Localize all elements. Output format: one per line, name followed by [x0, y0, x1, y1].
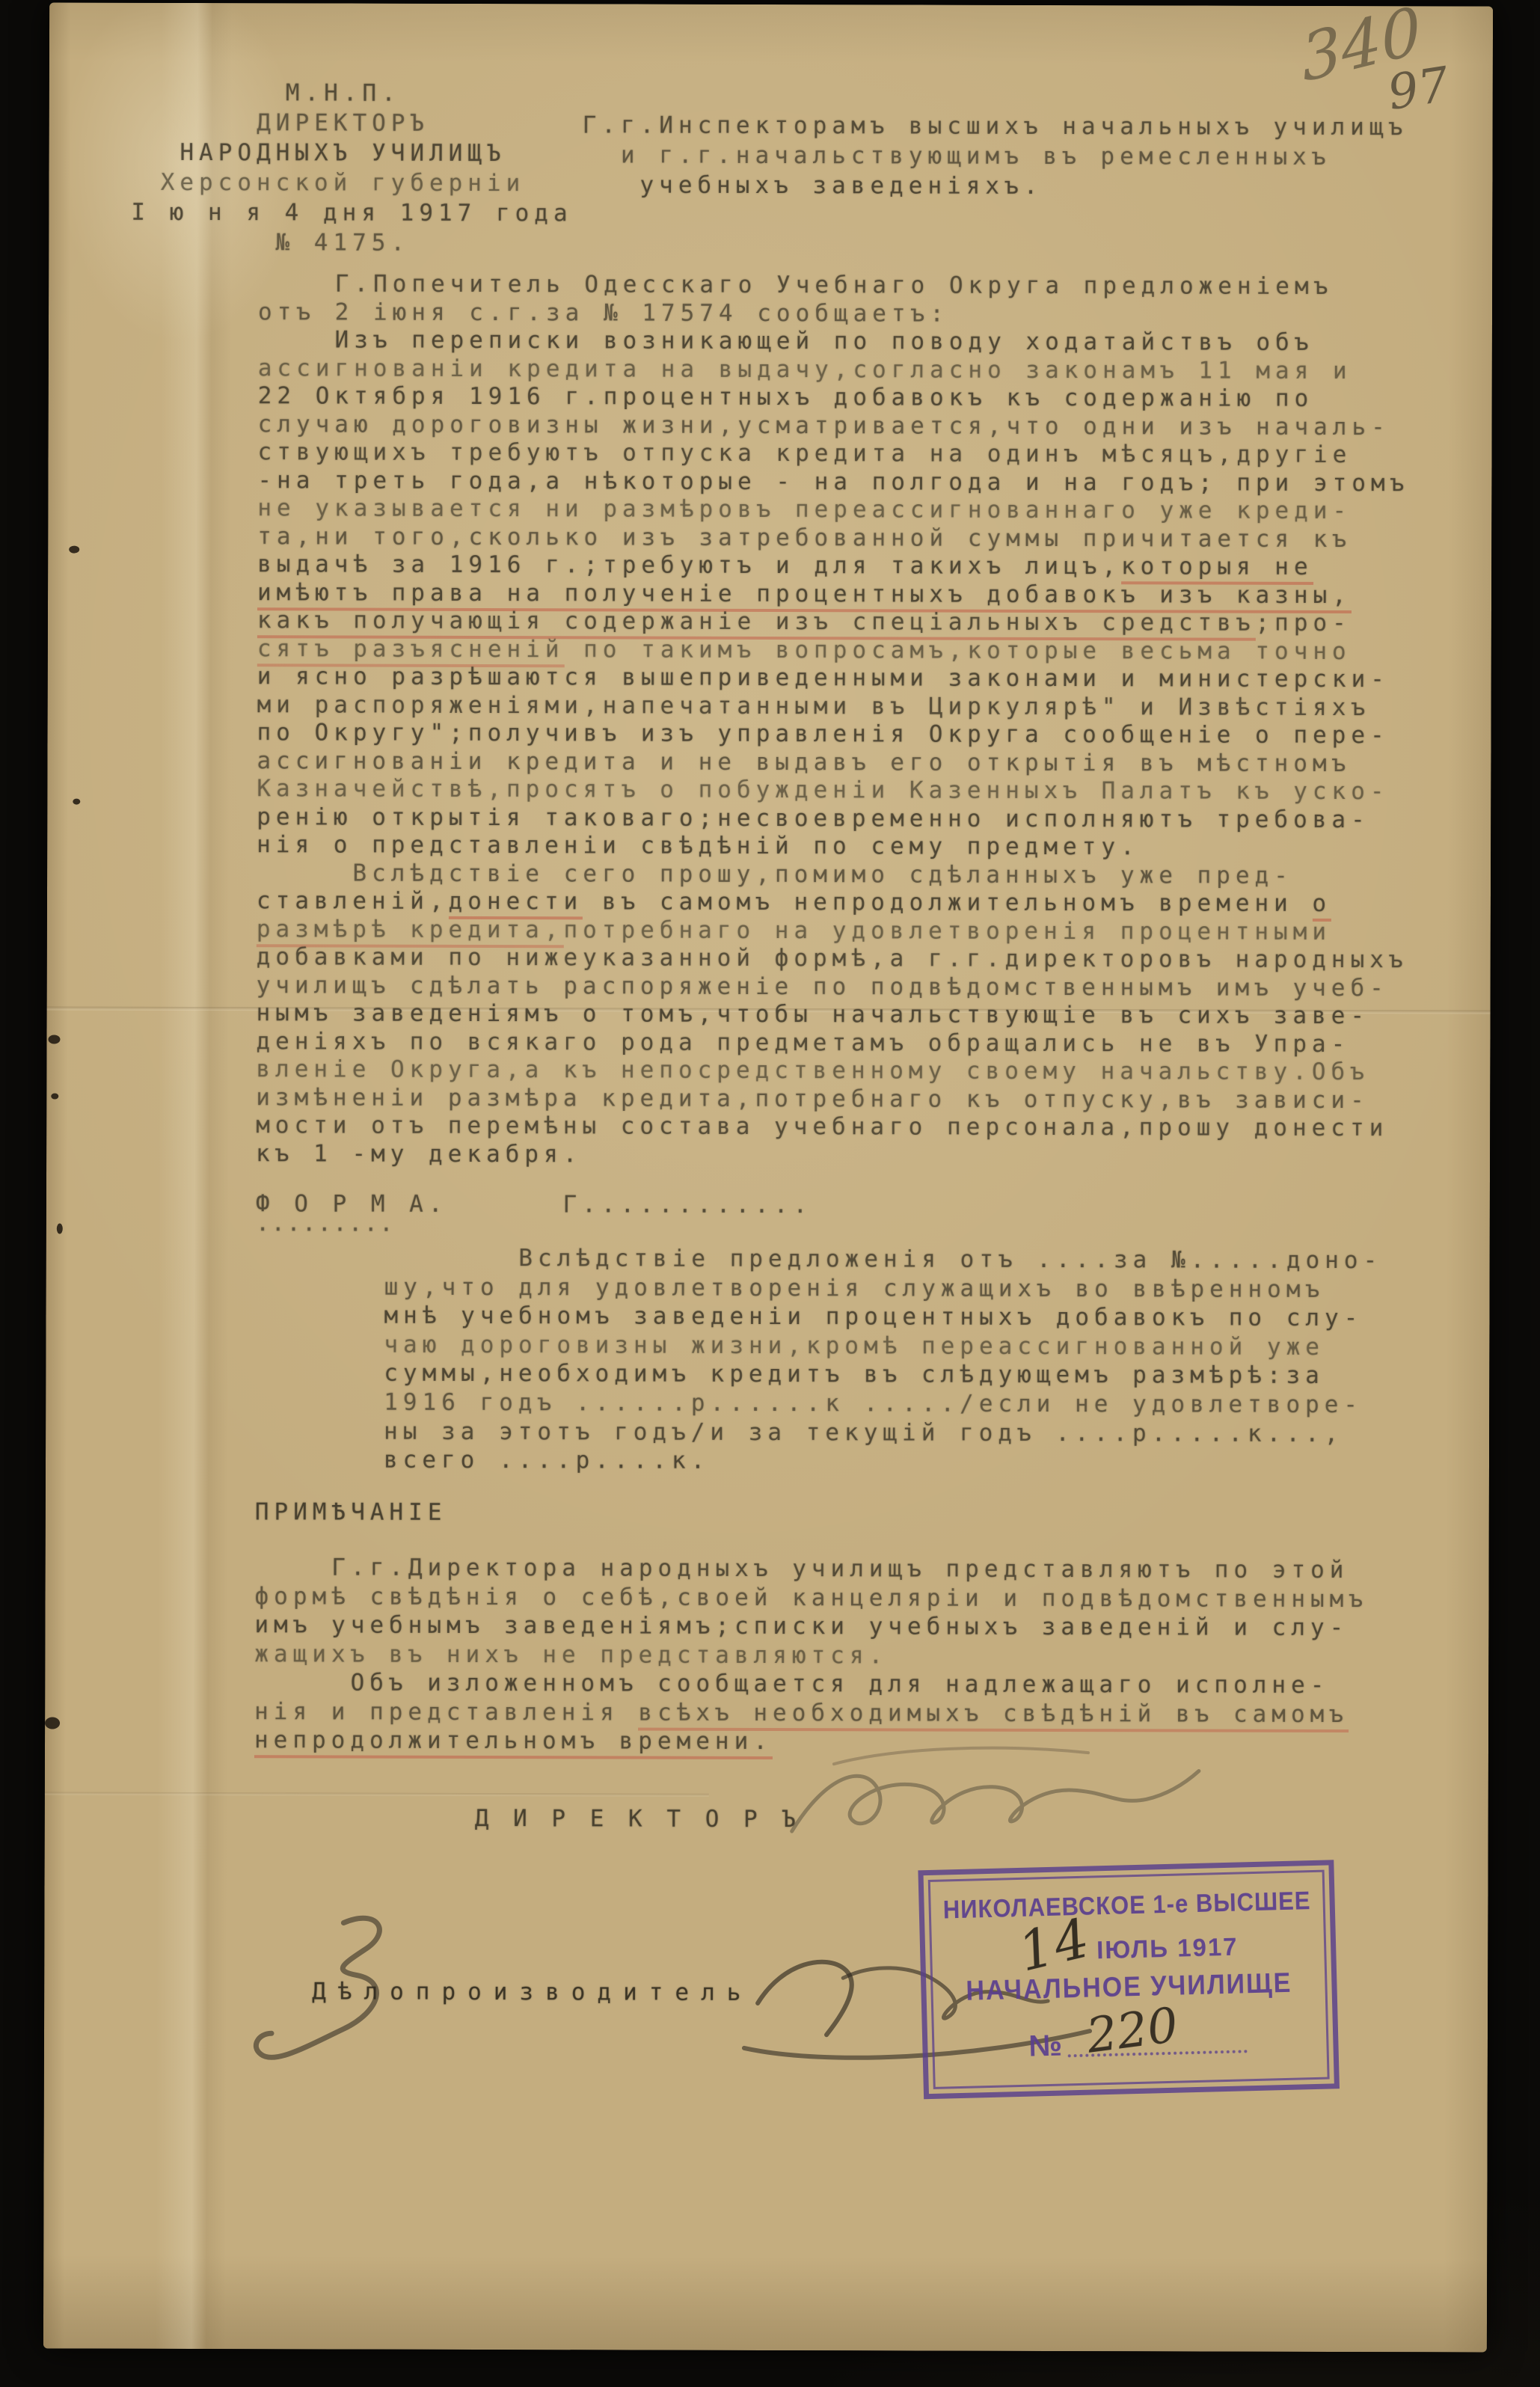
- addressee-block: Г.г.Инспекторамъ высшихъ начальныхъ учил…: [582, 110, 1408, 202]
- text-line: нія о представленіи свѣдѣній по сему пре…: [257, 831, 1408, 862]
- text-line: шу,что для удовлетворенія служащихъ во в…: [384, 1272, 1383, 1304]
- text-line: ассигнованіи кредита на выдачу,согласно …: [258, 355, 1410, 386]
- director-title: Д И Р Е К Т О Р Ъ: [475, 1805, 801, 1833]
- text-line: ставленій,донести въ самомъ непродолжите…: [257, 887, 1408, 919]
- form-text: Вслѣдствіе предложенія отъ ....за №.....…: [384, 1244, 1382, 1477]
- text-line: мости отъ перемѣны состава учебнаго перс…: [256, 1112, 1408, 1143]
- text-line: 1916 годъ ......р......к ...../если не у…: [384, 1388, 1382, 1420]
- stamp-number-row: № 220: [939, 2009, 1321, 2074]
- form-heading: Ф О Р М А. Г.....................: [256, 1194, 812, 1234]
- text-line: всего ....р....к.: [384, 1446, 1382, 1477]
- text-line: деніяхъ по всякаго рода предметамъ обращ…: [256, 1028, 1408, 1059]
- school-stamp: НИКОЛАЕВСКОЕ 1-е ВЫСШЕЕ 14 ІЮЛЬ 1917 НАЧ…: [918, 1860, 1340, 2099]
- note-text: Г.г.Директора народныхъ училищъ представ…: [254, 1553, 1368, 1757]
- text-line: добавками по нижеуказанной формѣ,а г.г.д…: [257, 943, 1408, 975]
- text-line: Казначействѣ,просятъ о побужденіи Казенн…: [257, 775, 1408, 806]
- text-line: какъ получающія содержаніе изъ спеціальн…: [257, 607, 1409, 638]
- text-line: формѣ свѣдѣнія о себѣ,своей канцеляріи и…: [254, 1582, 1368, 1614]
- note-heading: ПРИМѢЧАНІЕ: [255, 1498, 447, 1526]
- text-line: 22 Октября 1916 г.процентныхъ добавокъ к…: [258, 382, 1410, 414]
- text-line: -на треть года,а нѣкоторые - на полгода …: [257, 467, 1409, 498]
- text-line: Г.Попечитель Одесскаго Учебнаго Округа п…: [258, 270, 1410, 301]
- text-line: размѣрѣ кредита,потребнаго на удовлетвор…: [257, 916, 1408, 947]
- text-line: отъ 2 іюня с.г.за № 17574 сообщаетъ:: [258, 298, 1410, 330]
- text-line: къ 1 -му декабря.: [256, 1140, 1408, 1171]
- text-line: .........: [256, 1213, 812, 1234]
- text-line: та,ни того,сколько изъ затребованной сум…: [257, 523, 1409, 554]
- paper-speck: [57, 1224, 63, 1234]
- photo-background: 340 97 М.Н.П.ДИРЕКТОРЪНАРОДНЫХЪ УЧИЛИЩЪХ…: [0, 0, 1540, 2387]
- text-line: НАРОДНЫХЪ УЧИЛИЩЪ: [132, 138, 555, 168]
- text-line: суммы,необходимъ кредитъ въ слѣдующемъ р…: [384, 1359, 1382, 1391]
- text-line: по Округу";получивъ изъ управленія Округ…: [257, 719, 1409, 750]
- text-line: Объ изложенномъ сообщается для надлежаща…: [254, 1668, 1368, 1700]
- text-line: вленіе Округа,а къ непосредственному сво…: [256, 1055, 1408, 1087]
- text-line: не указывается ни размѣровъ переассигнов…: [257, 494, 1409, 526]
- text-line: выдачѣ за 1916 г.;требуютъ и для такихъ …: [257, 551, 1409, 582]
- clerk-title: Дѣлопроизводитель: [312, 1978, 752, 2006]
- text-line: сятъ разъясненій по такимъ вопросамъ,кот…: [257, 635, 1409, 667]
- text-line: измѣненіи размѣра кредита,потребнаго къ …: [256, 1084, 1408, 1115]
- text-line: ДИРЕКТОРЪ: [132, 108, 555, 138]
- text-line: ренію открытія таковаго;несвоевременно и…: [257, 803, 1408, 835]
- text-line: І ю н я 4 дня 1917 года: [131, 197, 554, 228]
- text-line: жащихъ въ нихъ не представляются.: [254, 1640, 1368, 1671]
- text-line: Изъ переписки возникающей по поводу хода…: [258, 326, 1410, 358]
- text-line: учебныхъ заведеніяхъ.: [582, 170, 1408, 202]
- text-line: случаю дороговизны жизни,усматривается,ч…: [258, 411, 1410, 442]
- text-line: чаю дороговизны жизни,кромѣ переассигнов…: [384, 1330, 1382, 1361]
- text-line: ны за этотъ годъ/и за текущій годъ ....р…: [384, 1417, 1382, 1448]
- paper-speck: [73, 799, 80, 805]
- stamp-handwritten-number: 220: [1084, 1998, 1182, 2065]
- text-line: М.Н.П.: [132, 78, 555, 108]
- paper-speck: [48, 1035, 60, 1044]
- stamp-number-label: №: [1028, 2029, 1063, 2064]
- text-line: Вслѣдствіе предложенія отъ ....за №.....…: [384, 1244, 1383, 1275]
- text-line: и г.г.начальствующимъ въ ремесленныхъ: [583, 140, 1408, 172]
- stamp-school-name-top: НИКОЛАЕВСКОЕ 1-е ВЫСШЕЕ: [936, 1886, 1317, 1925]
- text-line: училищъ сдѣлать распоряженіе по подвѣдом…: [257, 972, 1408, 1003]
- text-line: имѣютъ права на полученіе процентныхъ до…: [257, 579, 1409, 610]
- stamp-month-year: ІЮЛЬ 1917: [1096, 1933, 1239, 1965]
- fold-crease: [45, 1792, 709, 1796]
- text-line: Г.г.Директора народныхъ училищъ представ…: [255, 1553, 1369, 1584]
- body-text: Г.Попечитель Одесскаго Учебнаго Округа п…: [256, 270, 1410, 1171]
- text-line: Г.г.Инспекторамъ высшихъ начальныхъ учил…: [583, 110, 1408, 142]
- paper-speck: [69, 546, 79, 554]
- text-line: ассигнованіи кредита и не выдавъ его отк…: [257, 747, 1408, 779]
- text-line: ствующихъ требуютъ отпуска кредита на од…: [257, 438, 1409, 470]
- paper-speck: [45, 1717, 60, 1729]
- letterhead: М.Н.П.ДИРЕКТОРЪНАРОДНЫХЪ УЧИЛИЩЪХерсонск…: [131, 78, 555, 258]
- text-line: нымъ заведеніямъ о томъ,чтобы начальству…: [257, 999, 1408, 1031]
- text-line: № 4175.: [131, 227, 554, 258]
- stamp-inner-frame: НИКОЛАЕВСКОЕ 1-е ВЫСШЕЕ 14 ІЮЛЬ 1917 НАЧ…: [928, 1870, 1330, 2089]
- document-page: 340 97 М.Н.П.ДИРЕКТОРЪНАРОДНЫХЪ УЧИЛИЩЪХ…: [43, 2, 1493, 2352]
- text-line: и ясно разрѣшаются вышеприведенными зако…: [257, 663, 1409, 694]
- text-line: имъ учебнымъ заведеніямъ;списки учебныхъ…: [254, 1611, 1368, 1642]
- text-line: мнѣ учебномъ заведеніи процентныхъ добав…: [384, 1302, 1382, 1333]
- paper-speck: [51, 1093, 58, 1099]
- director-signature: [774, 1741, 1208, 1855]
- text-line: ми распоряженіями,напечатанными въ Цирку…: [257, 691, 1409, 723]
- text-line: Вслѣдствіе сего прошу,помимо сдѣланныхъ …: [257, 859, 1408, 891]
- text-line: нія и представленія всѣхъ необходимыхъ с…: [254, 1697, 1368, 1729]
- text-line: Херсонской губерніи: [131, 168, 554, 198]
